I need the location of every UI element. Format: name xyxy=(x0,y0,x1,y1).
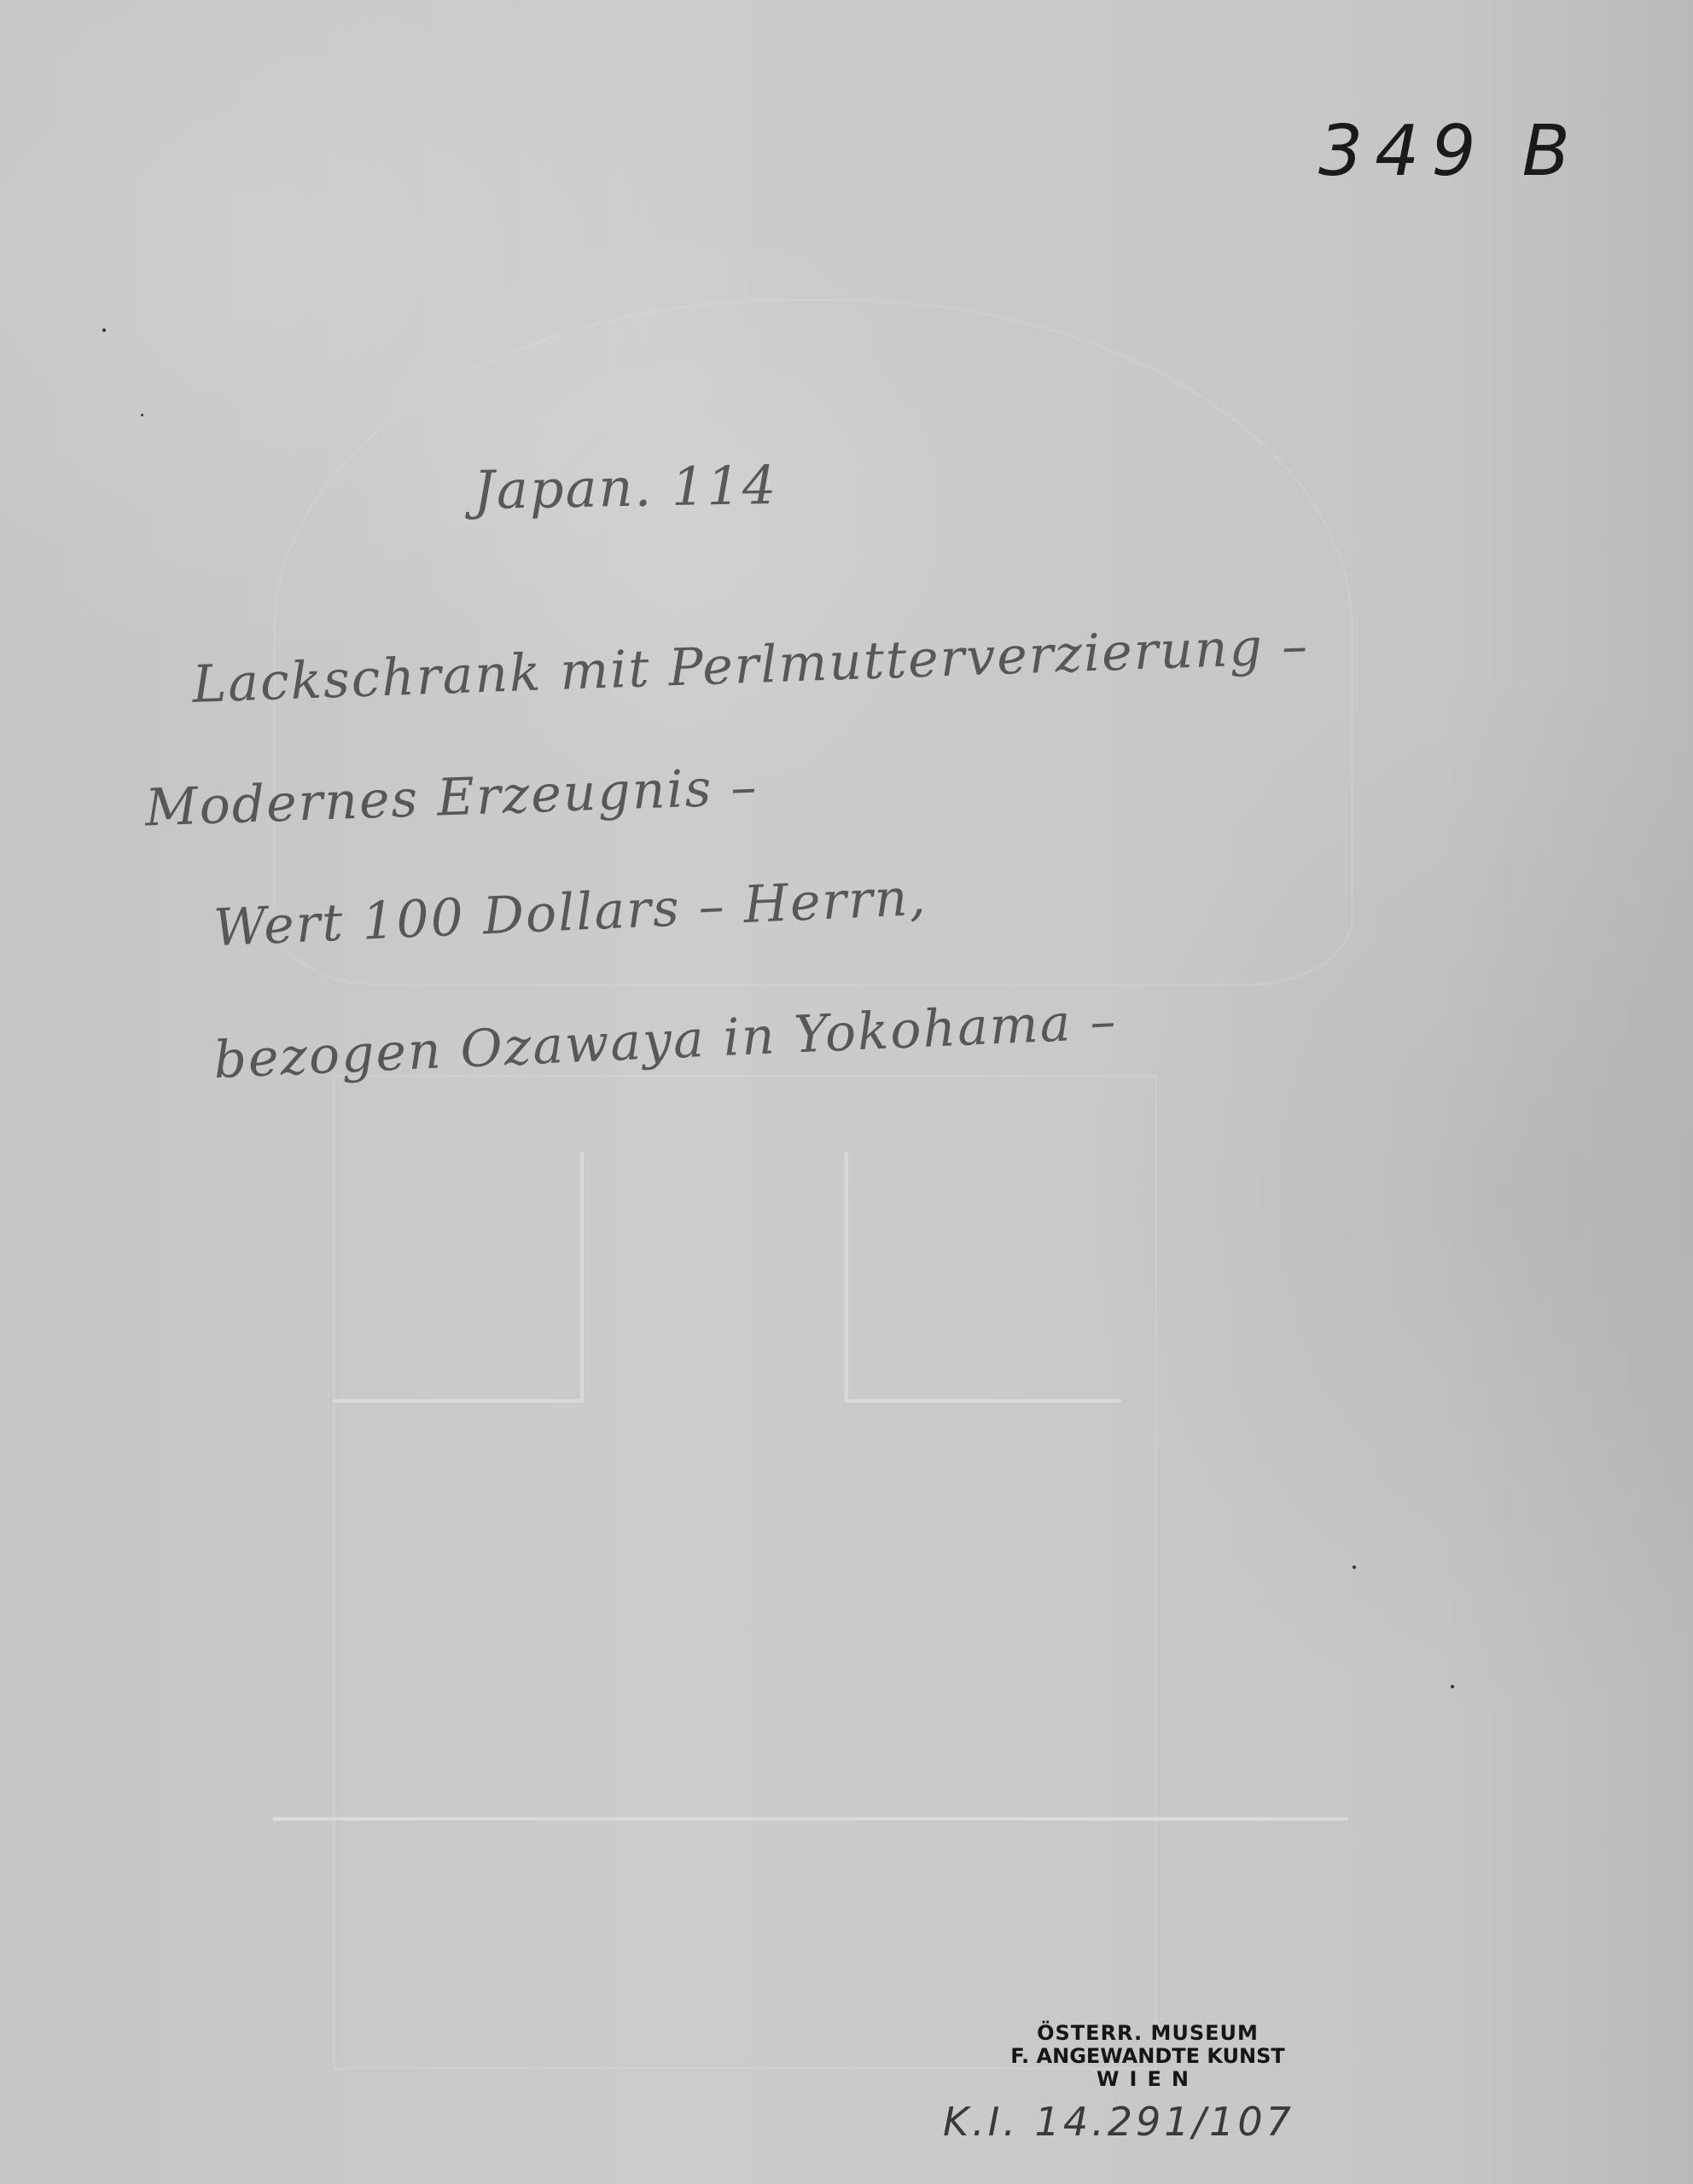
speck xyxy=(1353,1565,1356,1569)
speck xyxy=(1451,1685,1454,1688)
inventory-number: 349 B xyxy=(1318,111,1582,192)
speck xyxy=(141,414,143,416)
ghost-panel-left xyxy=(333,1152,584,1403)
museum-stamp: ÖSTERR. MUSEUM F. ANGEWANDTE KUNST WIEN xyxy=(981,2022,1314,2091)
stamp-line-2: F. ANGEWANDTE KUNST xyxy=(981,2045,1314,2068)
stamp-line-3: WIEN xyxy=(981,2068,1314,2091)
ghost-panel-right xyxy=(845,1152,1121,1403)
heading: Japan. 114 xyxy=(473,454,777,521)
paper-sheet: 349 B Japan. 114 Lackschrank mit Perlmut… xyxy=(0,0,1693,2184)
ghost-cabinet-base xyxy=(273,1817,1348,1821)
catalog-number: K.I. 14.291/107 xyxy=(943,2099,1294,2145)
speck xyxy=(102,328,106,332)
stamp-line-1: ÖSTERR. MUSEUM xyxy=(981,2022,1314,2045)
